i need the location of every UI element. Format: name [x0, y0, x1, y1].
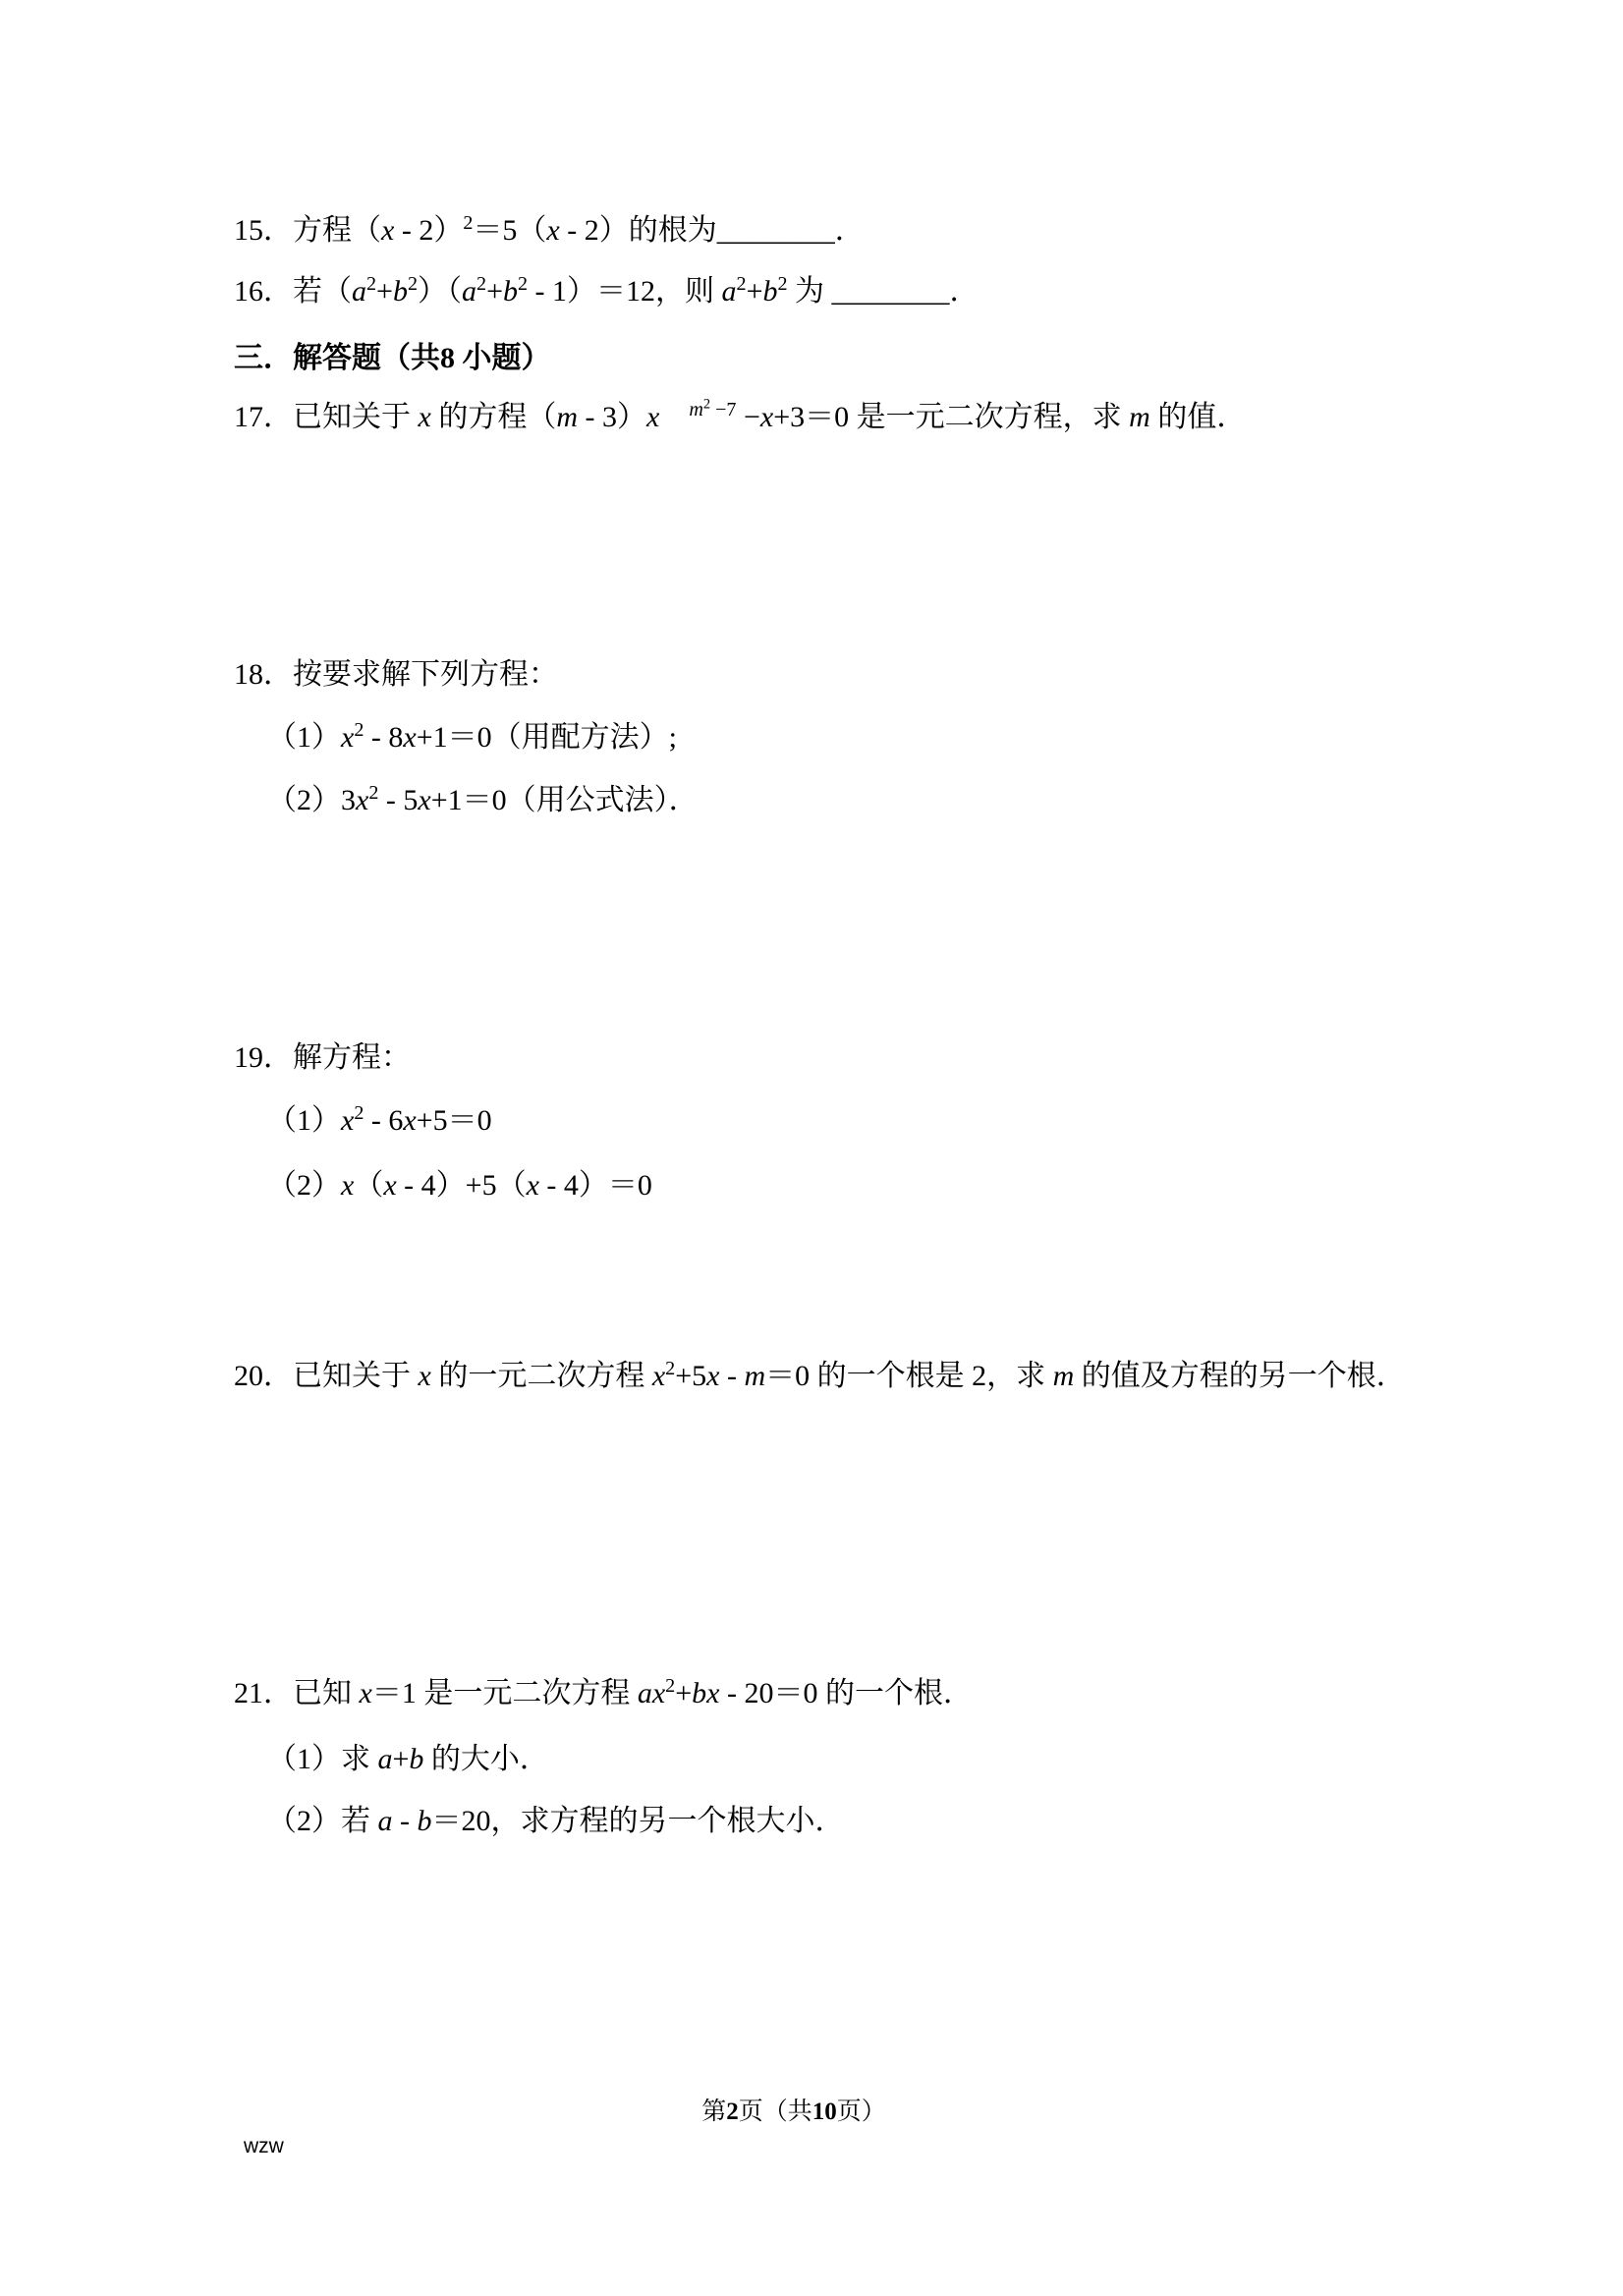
- problem-16: 16．若（a2+b2）（a2+b2 - 1）＝12，则 a2+b2 为 ____…: [234, 273, 979, 310]
- text-run: 20．已知关于: [234, 1360, 419, 1392]
- text-run: x: [706, 1360, 719, 1392]
- text-run: x: [360, 1677, 372, 1709]
- text-run: x: [341, 721, 354, 754]
- text-run: ．: [950, 275, 979, 308]
- text-run: +1＝0（用公式法）．: [431, 784, 699, 816]
- text-run: 2: [778, 273, 788, 295]
- text-run: b: [503, 275, 518, 308]
- problem-21: 21．已知 x＝1 是一元二次方程 ax2+bx - 20＝0 的一个根．: [234, 1675, 973, 1712]
- text-run: 17．已知关于: [234, 401, 419, 433]
- text-run: ＝20，求方程的另一个根大小．: [432, 1805, 845, 1837]
- text-run: -: [719, 1360, 744, 1392]
- text-run: −7: [710, 399, 736, 420]
- text-run: 的大小．: [423, 1743, 549, 1775]
- text-run: x: [646, 401, 659, 433]
- blank-underline: ________: [832, 275, 950, 308]
- text-run: ）（: [418, 275, 462, 308]
- text-run: 的一元二次方程: [431, 1360, 652, 1392]
- text-run: +: [393, 1743, 410, 1775]
- text-run: b: [393, 275, 408, 308]
- exponent: m2 −7: [689, 399, 736, 420]
- text-run: x: [356, 784, 368, 816]
- watermark-text: wzw: [244, 2135, 284, 2157]
- problem-18: 18．按要求解下列方程：: [234, 656, 558, 694]
- text-run: 2: [463, 212, 473, 234]
- text-run: 2: [366, 273, 376, 295]
- blank-underline: ________: [717, 214, 835, 247]
- text-run: +5: [675, 1360, 706, 1392]
- text-run: 16．若（: [234, 275, 352, 308]
- footer-total-pages: 10: [812, 2099, 837, 2125]
- text-run: 2: [737, 273, 747, 295]
- text-run: ＝1 是一元二次方程: [372, 1677, 638, 1709]
- text-run: - 2）的根为: [560, 214, 717, 247]
- text-run: 2: [354, 1102, 364, 1124]
- text-run: +1＝0（用配方法）;: [417, 721, 677, 754]
- document-page: 15．方程（x - 2）2＝5（x - 2）的根为________．16．若（a…: [0, 0, 1623, 2296]
- problem-17: 17．已知关于 x 的方程（m - 3）x m2 −7 −x+3＝0 是一元二次…: [234, 399, 1246, 436]
- text-run: 的值．: [1150, 401, 1247, 433]
- text-run: a: [352, 275, 366, 308]
- text-run: x: [403, 721, 416, 754]
- text-run: −: [736, 401, 759, 433]
- footer-page-number: 2: [726, 2099, 739, 2125]
- watermark: wzw: [244, 2134, 284, 2159]
- text-run: 2: [665, 1675, 675, 1697]
- text-run: x: [341, 1169, 354, 1202]
- text-run: 2: [354, 719, 364, 741]
- text-run: a: [378, 1743, 393, 1775]
- text-run: （1）: [267, 721, 341, 754]
- text-run: - 6: [364, 1104, 403, 1137]
- text-run: 2: [703, 396, 710, 412]
- text-run: 页）: [837, 2099, 886, 2125]
- text-run: （: [354, 1169, 383, 1202]
- problem-18-part-2: （2）3x2 - 5x+1＝0（用公式法）．: [267, 782, 699, 819]
- text-run: 2: [408, 273, 418, 295]
- text-run: m: [689, 399, 703, 420]
- text-run: x: [527, 1169, 539, 1202]
- text-run: 2: [518, 273, 528, 295]
- text-run: +5＝0: [417, 1104, 492, 1137]
- text-run: （2）若: [267, 1805, 378, 1837]
- text-run: 8: [440, 342, 455, 374]
- text-run: x: [383, 1169, 396, 1202]
- text-run: x: [403, 1104, 416, 1137]
- text-run: m: [556, 401, 578, 433]
- text-run: 为: [788, 275, 832, 308]
- text-run: x: [706, 1677, 719, 1709]
- text-run: （1）: [267, 1104, 341, 1137]
- text-run: 19．解方程：: [234, 1041, 411, 1074]
- text-run: x: [546, 214, 559, 247]
- text-run: +: [486, 275, 503, 308]
- text-run: x: [341, 1104, 354, 1137]
- text-run: 小题）: [455, 342, 551, 374]
- text-run: 21．已知: [234, 1677, 360, 1709]
- text-run: x: [652, 1677, 665, 1709]
- text-run: - 3）: [578, 401, 646, 433]
- text-run: x: [419, 401, 431, 433]
- text-run: a: [638, 1677, 652, 1709]
- problem-15: 15．方程（x - 2）2＝5（x - 2）的根为________．: [234, 212, 865, 250]
- text-run: - 1）＝12，则: [528, 275, 722, 308]
- section-heading-3: 三．解答题（共8 小题）: [234, 340, 551, 377]
- text-run: x: [381, 214, 394, 247]
- text-run: - 8: [364, 721, 403, 754]
- text-run: 第: [701, 2099, 726, 2125]
- text-run: x: [652, 1360, 665, 1392]
- text-run: （2）: [267, 1169, 341, 1202]
- text-run: （1）求: [267, 1743, 378, 1775]
- text-run: x: [419, 1360, 431, 1392]
- text-run: 2: [476, 273, 486, 295]
- text-run: - 20＝0 的一个根．: [719, 1677, 973, 1709]
- text-run: - 4）+5（: [397, 1169, 527, 1202]
- problem-20: 20．已知关于 x 的一元二次方程 x2+5x - m＝0 的一个根是 2，求 …: [234, 1358, 1406, 1395]
- text-run: +: [376, 275, 393, 308]
- text-run: （2）3: [267, 784, 356, 816]
- text-run: m: [1053, 1360, 1075, 1392]
- text-run: 2: [665, 1358, 675, 1379]
- text-run: 的方程（: [431, 401, 557, 433]
- text-run: a: [378, 1805, 393, 1837]
- text-run: b: [763, 275, 778, 308]
- text-run: a: [722, 275, 737, 308]
- text-run: m: [744, 1360, 765, 1392]
- text-run: 页（共: [739, 2099, 812, 2125]
- text-run: x: [760, 401, 773, 433]
- text-run: ＝0 的一个根是 2，求: [765, 1360, 1053, 1392]
- text-run: - 2）: [394, 214, 463, 247]
- text-run: 15．方程（: [234, 214, 381, 247]
- problem-19-part-2: （2）x（x - 4）+5（x - 4）＝0: [267, 1167, 652, 1204]
- problem-21-part-2: （2）若 a - b＝20，求方程的另一个根大小．: [267, 1803, 845, 1840]
- text-run: 2: [368, 782, 378, 804]
- problem-21-part-1: （1）求 a+b 的大小．: [267, 1741, 549, 1778]
- text-run: b: [692, 1677, 706, 1709]
- text-run: +: [675, 1677, 692, 1709]
- text-run: a: [462, 275, 476, 308]
- text-run: 三．解答题（共: [234, 342, 440, 374]
- text-run: - 4）＝0: [539, 1169, 652, 1202]
- problem-19: 19．解方程：: [234, 1039, 411, 1077]
- text-run: 18．按要求解下列方程：: [234, 658, 558, 691]
- text-run: b: [418, 1805, 432, 1837]
- text-run: +3＝0 是一元二次方程，求: [773, 401, 1129, 433]
- page-footer: 第2页（共10页）: [0, 2097, 1588, 2127]
- text-run: -: [393, 1805, 418, 1837]
- text-run: x: [418, 784, 430, 816]
- text-run: ＝5（: [473, 214, 546, 247]
- text-run: [659, 401, 689, 433]
- text-run: +: [747, 275, 763, 308]
- text-run: 的值及方程的另一个根．: [1074, 1360, 1406, 1392]
- text-run: - 5: [378, 784, 418, 816]
- text-run: b: [409, 1743, 423, 1775]
- text-run: m: [1129, 401, 1150, 433]
- problem-18-part-1: （1）x2 - 8x+1＝0（用配方法）;: [267, 719, 677, 756]
- problem-19-part-1: （1）x2 - 6x+5＝0: [267, 1102, 492, 1140]
- text-run: ．: [835, 214, 865, 247]
